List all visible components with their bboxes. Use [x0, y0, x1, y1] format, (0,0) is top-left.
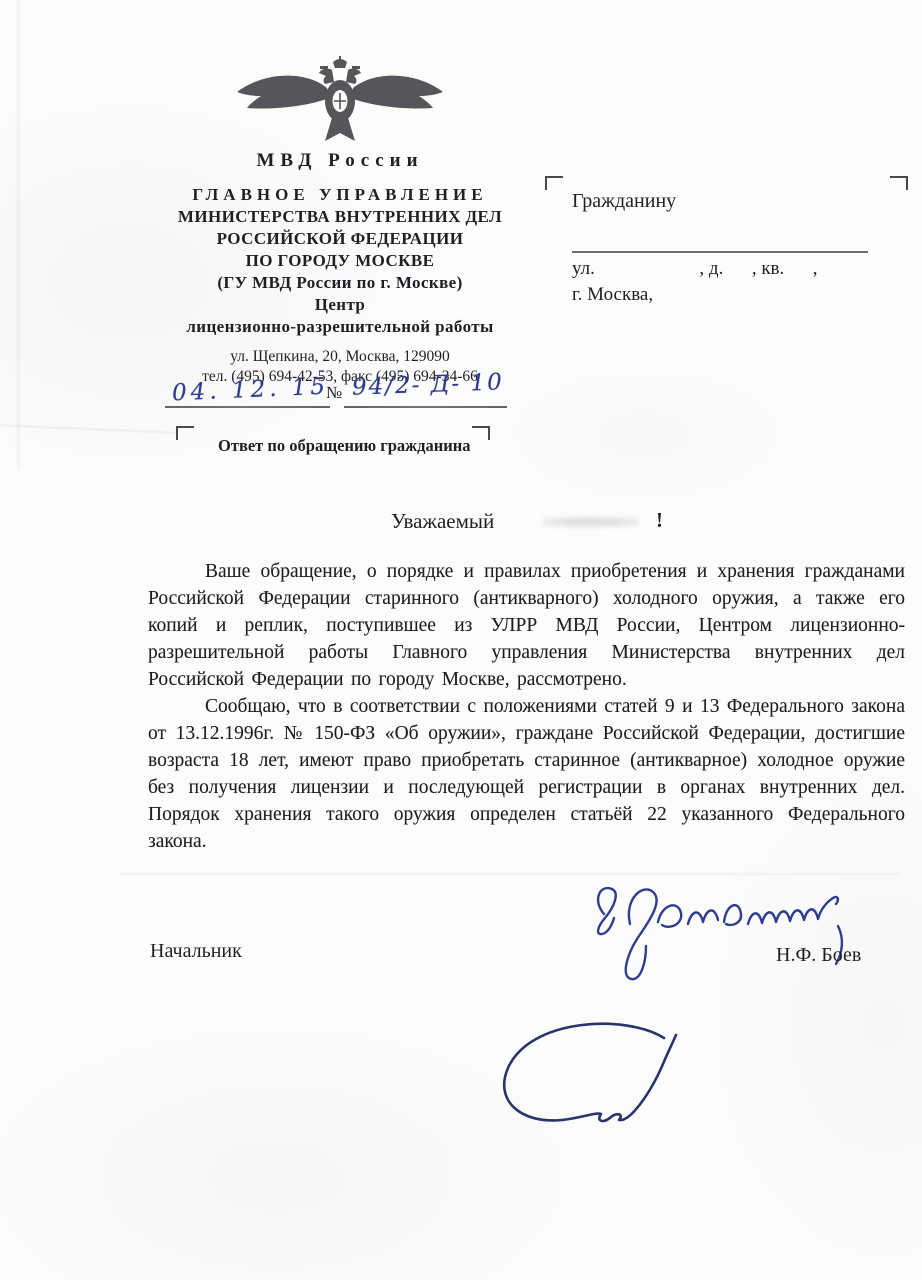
mvd-eagle-emblem-icon — [234, 56, 446, 146]
agency-title: МВД России — [128, 150, 552, 172]
number-sign: № — [326, 383, 342, 403]
salutation-word: Уважаемый — [391, 509, 494, 534]
letter-body: Ваше обращение, о порядке и правилах при… — [148, 558, 905, 855]
paper-crease — [120, 873, 900, 875]
corner-mark-top-right — [472, 426, 490, 440]
org-line: ПО ГОРОДУ МОСКВЕ — [128, 250, 552, 272]
paper-crease — [0, 424, 175, 434]
org-line: Центр — [128, 294, 552, 316]
body-paragraph-2: Сообщаю, что в соответствии с положениям… — [148, 693, 905, 855]
letterhead-address: ул. Щепкина, 20, Москва, 129090 — [128, 347, 552, 367]
body-paragraph-1: Ваше обращение, о порядке и правилах при… — [148, 558, 905, 693]
corner-mark-top-left — [545, 176, 563, 190]
pen-flourish-scribble — [468, 1016, 730, 1148]
number-underline — [344, 406, 507, 408]
paper-edge-shadow — [17, 0, 20, 470]
salutation-exclamation: ! — [656, 508, 663, 533]
handwritten-number: 94/2- Д- 10 — [352, 369, 505, 400]
redacted-name-area — [543, 514, 639, 530]
org-line: лицензионно-разрешительной работы — [128, 316, 552, 338]
corner-mark-top-left — [176, 426, 194, 440]
corner-mark-top-right — [890, 176, 908, 190]
recipient-city-line: г. Москва, — [572, 284, 653, 306]
org-line: МИНИСТЕРСТВА ВНУТРЕННИХ ДЕЛ — [128, 206, 552, 228]
org-line: РОССИЙСКОЙ ФЕДЕРАЦИИ — [128, 228, 552, 250]
handwritten-date: 04. 12. 15 — [172, 374, 330, 407]
scanned-letter-page: МВД России ГЛАВНОЕ УПРАВЛЕНИЕ МИНИСТЕРСТ… — [0, 0, 922, 1280]
signature-scribble — [586, 880, 908, 992]
recipient-street-line: ул. , д. , кв. , — [572, 258, 818, 280]
org-line: (ГУ МВД России по г. Москве) — [128, 272, 552, 294]
recipient-title: Гражданину — [572, 190, 676, 213]
signoff-position: Начальник — [150, 940, 242, 963]
recipient-name-underline — [572, 251, 868, 253]
signoff-name: Н.Ф. Боев — [776, 944, 861, 967]
org-line: ГЛАВНОЕ УПРАВЛЕНИЕ — [128, 184, 552, 206]
subject-note: Ответ по обращению гражданина — [218, 436, 470, 456]
letterhead-block: МВД России ГЛАВНОЕ УПРАВЛЕНИЕ МИНИСТЕРСТ… — [128, 56, 552, 387]
date-underline — [165, 406, 330, 408]
